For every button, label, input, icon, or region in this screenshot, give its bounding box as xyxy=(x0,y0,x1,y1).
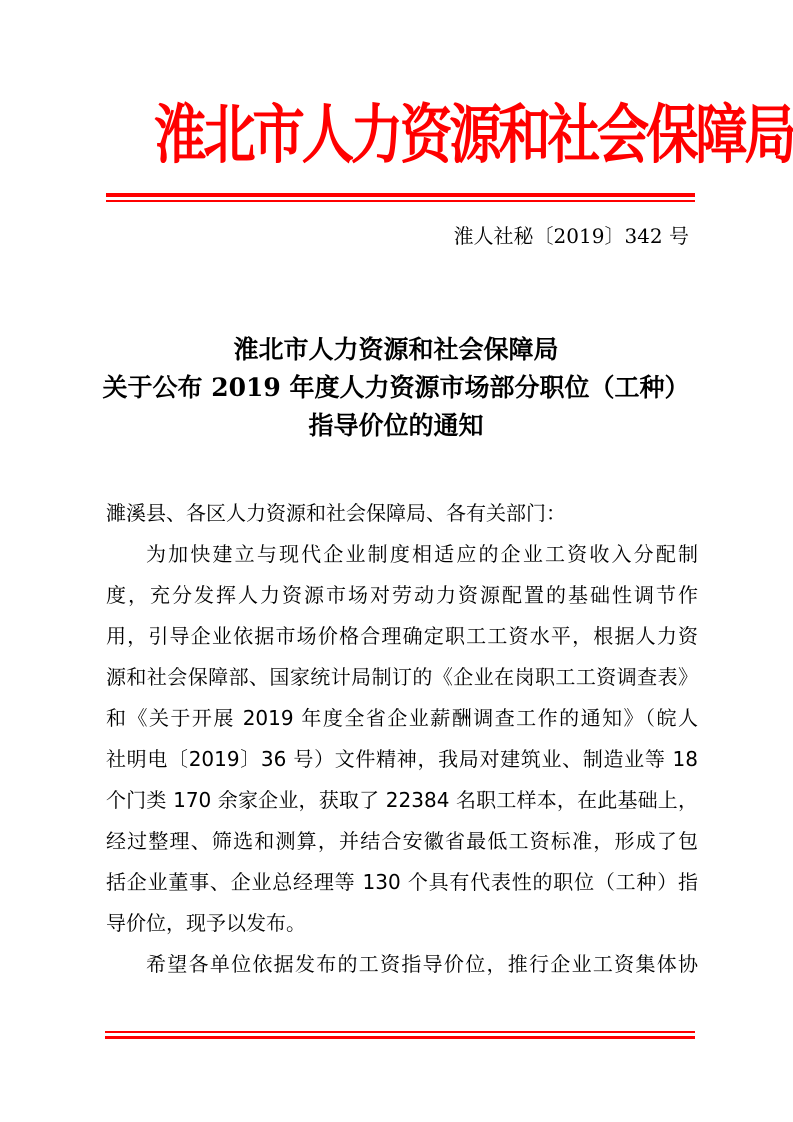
masthead-rule-thin xyxy=(106,200,695,202)
document-page: 淮北市人力资源和社会保障局 淮人社秘〔2019〕342 号 淮北市人力资源和社会… xyxy=(0,0,793,1122)
salutation: 濉溪县、各区人力资源和社会保障局、各有关部门： xyxy=(106,493,698,534)
paragraph-line: 希望各单位依据发布的工资指导价位，推行企业工资集体协 xyxy=(106,944,698,985)
masthead-title: 淮北市人力资源和社会保障局 xyxy=(154,86,646,186)
title-line-1: 淮北市人力资源和社会保障局 xyxy=(96,331,696,369)
masthead-rule-thick xyxy=(106,193,695,197)
paragraph-line: 括企业董事、企业总经理等 130 个具有代表性的职位（工种）指 xyxy=(106,862,698,903)
document-number: 淮人社秘〔2019〕342 号 xyxy=(454,220,689,249)
paragraph-line: 源和社会保障部、国家统计局制订的《企业在岗职工工资调查表》 xyxy=(106,657,698,698)
paragraph-line: 经过整理、筛选和测算，并结合安徽省最低工资标准，形成了包 xyxy=(106,821,698,862)
paragraph-line: 度，充分发挥人力资源市场对劳动力资源配置的基础性调节作 xyxy=(106,575,698,616)
paragraph-2: 希望各单位依据发布的工资指导价位，推行企业工资集体协 xyxy=(106,944,698,985)
paragraph-1: 为加快建立与现代企业制度相适应的企业工资收入分配制 度，充分发挥人力资源市场对劳… xyxy=(106,534,698,944)
paragraph-line: 用，引导企业依据市场价格合理确定职工工资水平，根据人力资 xyxy=(106,616,698,657)
paragraph-line: 个门类 170 余家企业，获取了 22384 名职工样本，在此基础上， xyxy=(106,780,698,821)
title-line-2: 关于公布 2019 年度人力资源市场部分职位（工种） xyxy=(96,369,696,407)
paragraph-line: 为加快建立与现代企业制度相适应的企业工资收入分配制 xyxy=(106,534,698,575)
salutation-text: 濉溪县、各区人力资源和社会保障局、各有关部门： xyxy=(106,493,698,534)
paragraph-line: 导价位，现予以发布。 xyxy=(106,903,698,944)
title-line-3: 指导价位的通知 xyxy=(96,407,696,445)
footer-rule-thick xyxy=(105,1036,695,1039)
paragraph-line: 和《关于开展 2019 年度全省企业薪酬调查工作的通知》（皖人 xyxy=(106,698,698,739)
footer-rule-thin xyxy=(105,1031,695,1033)
paragraph-line: 社明电〔2019〕36 号）文件精神，我局对建筑业、制造业等 18 xyxy=(106,739,698,780)
